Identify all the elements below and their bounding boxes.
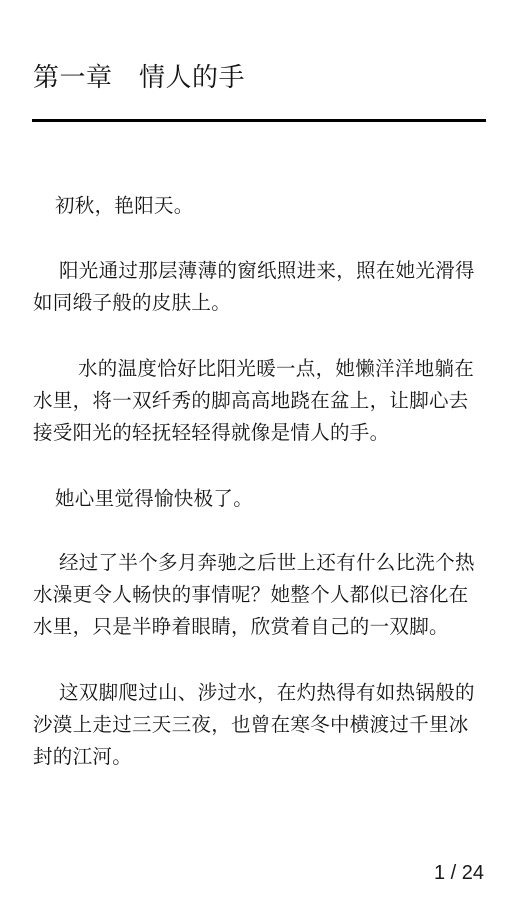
- paragraph: 她心里觉得愉快极了。: [33, 483, 488, 515]
- paragraph: 阳光通过那层薄薄的窗纸照进来，照在她光滑得如同缎子般的皮肤上。: [33, 255, 488, 319]
- title-divider: [32, 119, 486, 122]
- paragraph: 水的温度恰好比阳光暖一点，她懒洋洋地躺在水里，将一双纤秀的脚高高地跷在盆上，让脚…: [33, 353, 488, 449]
- paragraph: 初秋，艳阳天。: [33, 190, 488, 222]
- chapter-title: 第一章 情人的手: [33, 60, 245, 96]
- page-indicator: 1 / 24: [434, 859, 484, 887]
- paragraph: 这双脚爬过山、涉过水，在灼热得有如热锅般的沙漠上走过三天三夜，也曾在寒冬中横渡过…: [33, 677, 488, 773]
- paragraph: 经过了半个多月奔驰之后世上还有什么比洗个热水澡更令人畅快的事情呢？她整个人都似已…: [33, 547, 488, 643]
